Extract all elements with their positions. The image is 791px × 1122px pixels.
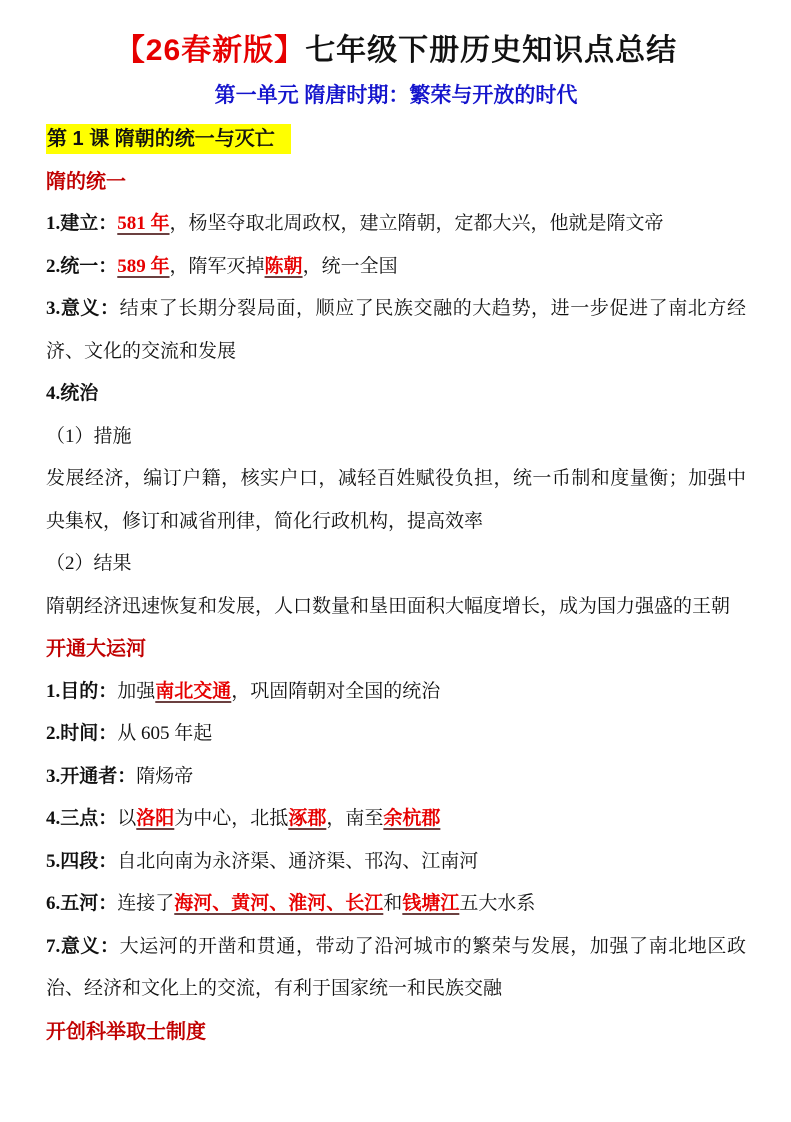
item-label: 1.目的： xyxy=(46,681,117,702)
key-term: 海河、黄河、淮河、长江 xyxy=(174,893,383,914)
text-run: 从 605 年起 xyxy=(117,723,212,744)
document-page: 【26春新版】七年级下册历史知识点总结 第一单元 隋唐时期：繁荣与开放的时代 第… xyxy=(0,0,791,1122)
item-label: 3.意义： xyxy=(46,298,120,319)
body-paragraph: （2）结果 xyxy=(46,543,746,586)
body-paragraph: 4.统治 xyxy=(46,373,746,416)
item-label: 1.建立： xyxy=(46,213,117,234)
item-label: 5.四段： xyxy=(46,851,117,872)
body-paragraph: 2.时间：从 605 年起 xyxy=(46,713,746,756)
unit-subtitle: 第一单元 隋唐时期：繁荣与开放的时代 xyxy=(46,76,746,116)
key-term: 陈朝 xyxy=(265,256,303,277)
body-paragraph: 6.五河：连接了海河、黄河、淮河、长江和钱塘江五大水系 xyxy=(46,883,746,926)
title-edition-tag: 【26春新版】 xyxy=(115,34,305,67)
text-run: 以 xyxy=(117,808,136,829)
text-run: 加强 xyxy=(117,681,155,702)
item-label: 4.统治 xyxy=(46,383,98,404)
text-run: （2）结果 xyxy=(46,553,132,574)
key-term: 余杭郡 xyxy=(383,808,440,829)
yellow-highlight: 第 1 课 隋朝的统一与灭亡 xyxy=(46,124,291,154)
section-heading: 开创科举取士制度 xyxy=(46,1011,746,1054)
body-paragraph: 5.四段：自北向南为永济渠、通济渠、邗沟、江南河 xyxy=(46,841,746,884)
body-paragraph: （1）措施 xyxy=(46,416,746,459)
item-label: 3.开通者： xyxy=(46,766,136,787)
text-run: ，巩固隋朝对全国的统治 xyxy=(231,681,440,702)
item-label: 2.统一： xyxy=(46,256,117,277)
text-run: 大运河的开凿和贯通，带动了沿河城市的繁荣与发展，加强了南北地区政治、经济和文化上… xyxy=(46,936,746,1000)
text-run: 五大水系 xyxy=(459,893,535,914)
key-term: 581 年 xyxy=(117,213,169,234)
section-title-text: 开通大运河 xyxy=(46,638,146,660)
text-run: ，统一全国 xyxy=(303,256,398,277)
text-run: （1）措施 xyxy=(46,426,132,447)
body-paragraph: 4.三点：以洛阳为中心，北抵涿郡，南至余杭郡 xyxy=(46,798,746,841)
key-term: 洛阳 xyxy=(136,808,174,829)
text-run: 连接了 xyxy=(117,893,174,914)
key-term: 南北交通 xyxy=(155,681,231,702)
body-paragraph: 3.开通者：隋炀帝 xyxy=(46,756,746,799)
item-label: 6.五河： xyxy=(46,893,117,914)
section-heading: 隋的统一 xyxy=(46,161,746,204)
text-run: 隋炀帝 xyxy=(136,766,193,787)
lesson-heading: 第 1 课 隋朝的统一与灭亡 xyxy=(46,118,746,161)
item-label: 7.意义： xyxy=(46,936,120,957)
text-run: 为中心，北抵 xyxy=(174,808,288,829)
item-label: 第 1 课 隋朝的统一与灭亡 xyxy=(47,128,275,150)
body-paragraph: 2.统一：589 年，隋军灭掉陈朝，统一全国 xyxy=(46,246,746,289)
body-paragraph: 7.意义：大运河的开凿和贯通，带动了沿河城市的繁荣与发展，加强了南北地区政治、经… xyxy=(46,926,746,1011)
item-label: 4.三点： xyxy=(46,808,117,829)
text-run: ，南至 xyxy=(326,808,383,829)
section-title-text: 开创科举取士制度 xyxy=(46,1021,206,1043)
text-run: 自北向南为永济渠、通济渠、邗沟、江南河 xyxy=(117,851,478,872)
key-term: 589 年 xyxy=(117,256,169,277)
key-term: 涿郡 xyxy=(288,808,326,829)
text-run: 隋朝经济迅速恢复和发展，人口数量和垦田面积大幅度增长，成为国力强盛的王朝 xyxy=(46,596,730,617)
section-title-text: 隋的统一 xyxy=(46,171,126,193)
body-paragraph: 1.目的：加强南北交通，巩固隋朝对全国的统治 xyxy=(46,671,746,714)
text-run: 发展经济，编订户籍，核实户口，减轻百姓赋役负担，统一币制和度量衡；加强中央集权，… xyxy=(46,468,746,532)
body-paragraph: 3.意义：结束了长期分裂局面，顺应了民族交融的大趋势，进一步促进了南北方经济、文… xyxy=(46,288,746,373)
body-paragraph: 隋朝经济迅速恢复和发展，人口数量和垦田面积大幅度增长，成为国力强盛的王朝 xyxy=(46,586,746,629)
document-body: 第 1 课 隋朝的统一与灭亡隋的统一1.建立：581 年，杨坚夺取北周政权，建立… xyxy=(46,118,746,1053)
section-heading: 开通大运河 xyxy=(46,628,746,671)
item-label: 2.时间： xyxy=(46,723,117,744)
text-run: ，杨坚夺取北周政权，建立隋朝，定都大兴，他就是隋文帝 xyxy=(170,213,664,234)
key-term: 钱塘江 xyxy=(402,893,459,914)
body-paragraph: 1.建立：581 年，杨坚夺取北周政权，建立隋朝，定都大兴，他就是隋文帝 xyxy=(46,203,746,246)
body-paragraph: 发展经济，编订户籍，核实户口，减轻百姓赋役负担，统一币制和度量衡；加强中央集权，… xyxy=(46,458,746,543)
title-main-text: 七年级下册历史知识点总结 xyxy=(305,34,677,67)
text-run: 和 xyxy=(383,893,402,914)
document-title: 【26春新版】七年级下册历史知识点总结 xyxy=(46,28,746,74)
text-run: 结束了长期分裂局面，顺应了民族交融的大趋势，进一步促进了南北方经济、文化的交流和… xyxy=(46,298,746,362)
text-run: ，隋军灭掉 xyxy=(170,256,265,277)
